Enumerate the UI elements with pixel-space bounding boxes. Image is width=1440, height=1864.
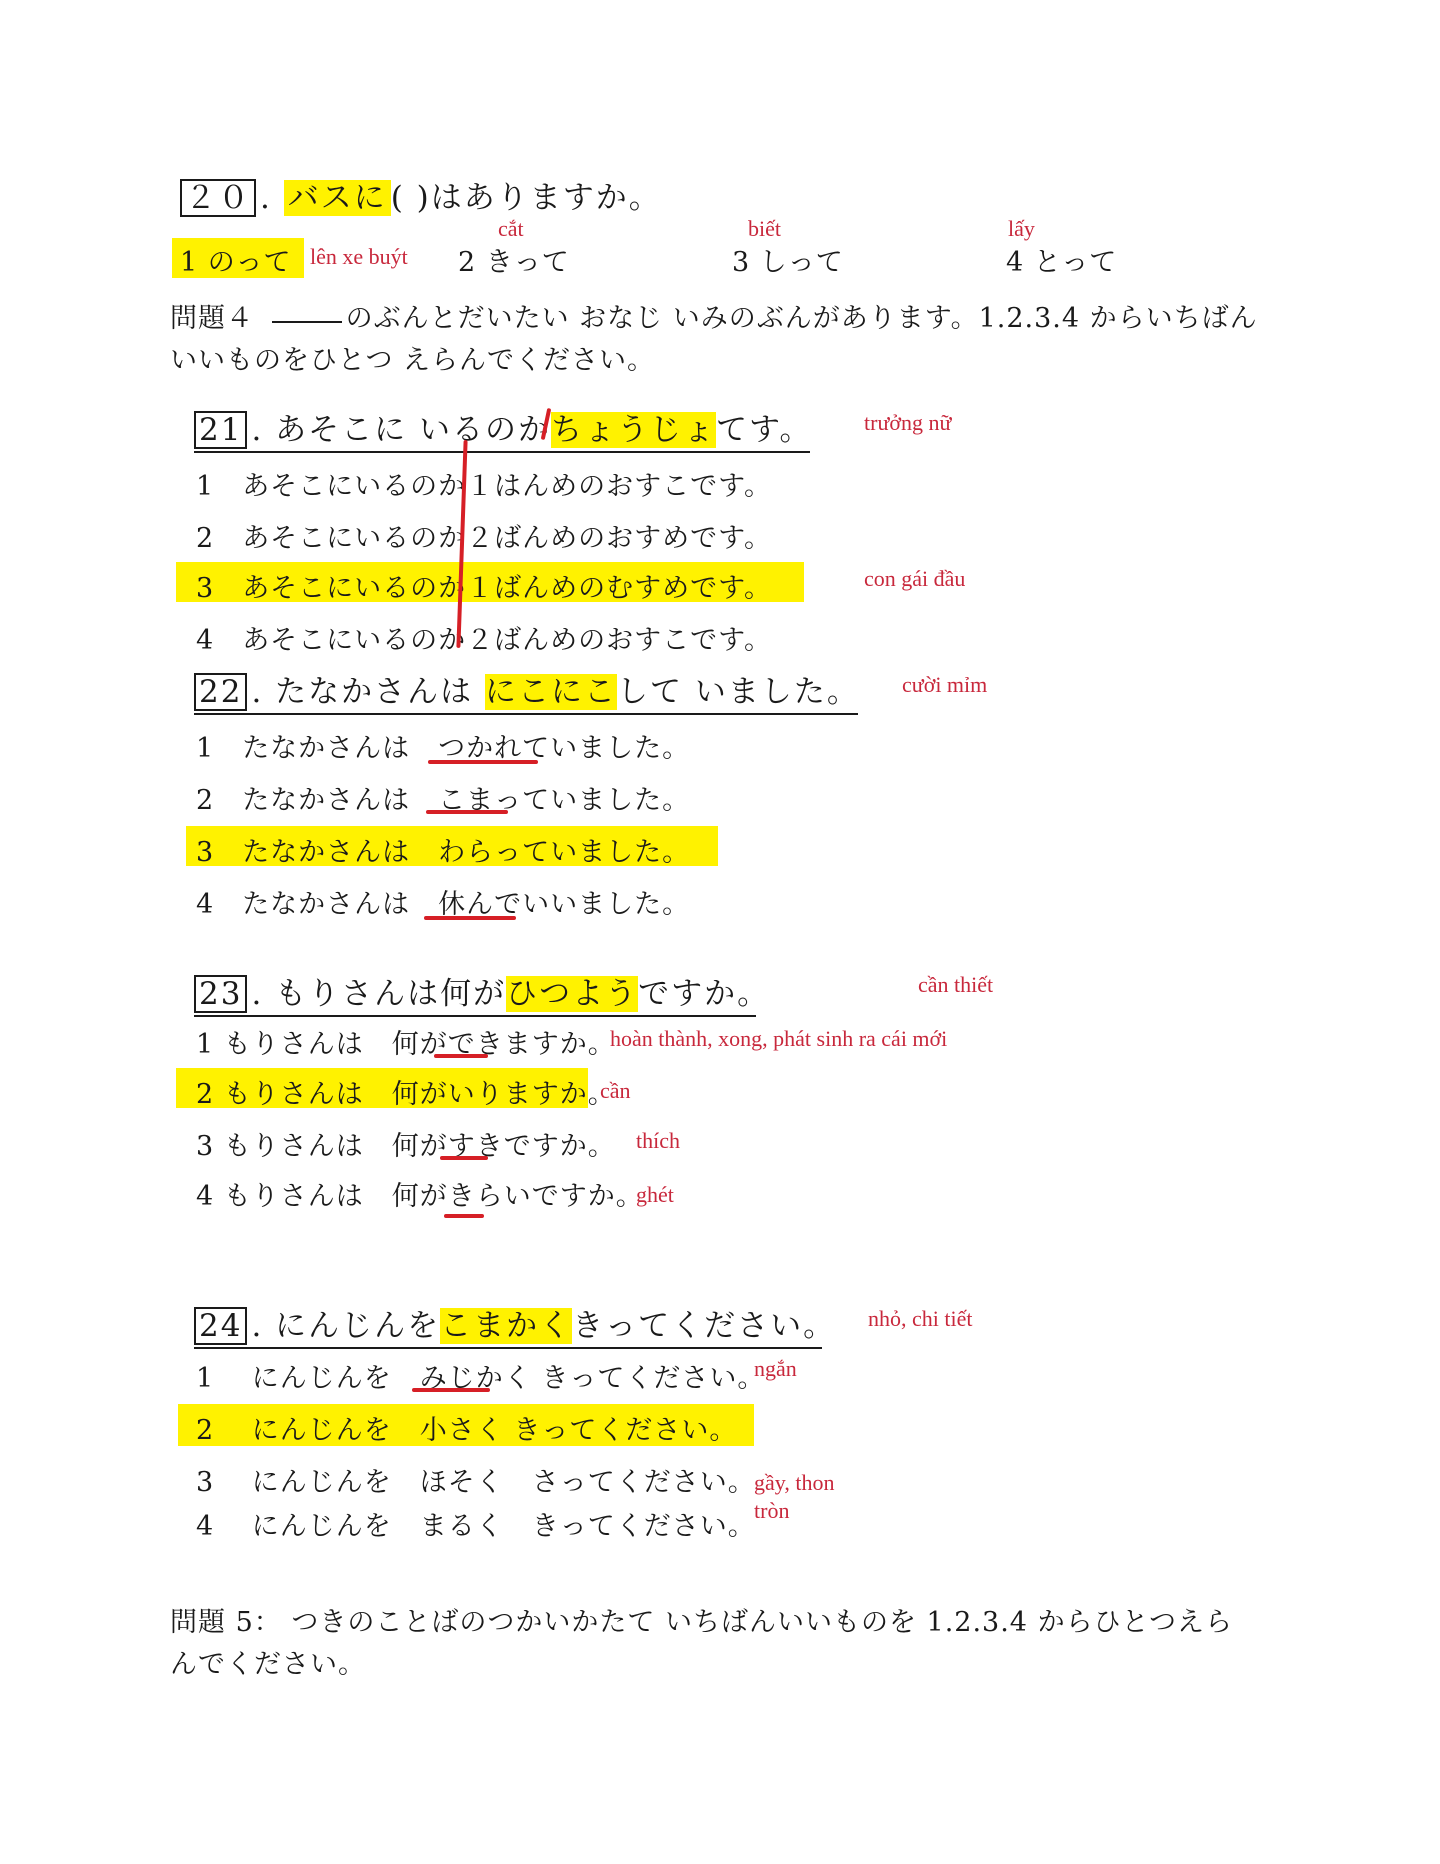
option-text: にんじんを みじかく きってください。 <box>252 1363 766 1394</box>
instruction-text: つきのことばのつかいかたて いちばんいいものを 1.2.3.4 からひとつえら <box>291 1607 1233 1638</box>
q23-option-3: 3 もりさんは 何がすきですか。 <box>196 1124 616 1163</box>
option-text: にんじんを ほそく さってください。 <box>252 1467 756 1498</box>
q23-option-1-note: hoàn thành, xong, phát sinh ra cái mới <box>610 1026 947 1052</box>
q20-option-4: 4 とって <box>1006 240 1117 279</box>
option-number: 3 <box>196 837 214 868</box>
option-number: 1 <box>196 471 214 502</box>
option-number: 4 <box>196 889 214 920</box>
q24-option-3: 3 にんじんを ほそく さってください。 <box>196 1460 756 1499</box>
option-number: 3 <box>196 573 214 604</box>
question-number-box: ２０ <box>180 179 256 217</box>
q24-note: nhỏ, chi tiết <box>868 1306 972 1332</box>
red-underline-mark <box>428 760 538 764</box>
q24-option-4: 4 にんじんを まるく きってください。 <box>196 1504 756 1543</box>
q24-option-1-note: ngắn <box>754 1356 797 1382</box>
highlighted-phrase: こまかく <box>440 1308 572 1344</box>
option-number: 3 <box>196 1131 214 1162</box>
option-number: 3 <box>196 1467 214 1498</box>
q24-option-2: 2 にんじんを 小さく きってください。 <box>196 1408 737 1447</box>
question-22-prompt: 22. たなかさんは にこにこして いました。 <box>194 666 858 715</box>
question-23-prompt: 23. もりさんは何がひつようですか。 <box>194 968 756 1017</box>
question-number-box: 21 <box>194 411 247 449</box>
instruction-text: のぶんとだいたい おなじ いみのぶんがあります。1.2.3.4 からいちばん <box>346 303 1258 334</box>
option-text: にんじんを 小さく きってください。 <box>252 1415 738 1446</box>
option-text: もりさんは 何がすきですか。 <box>224 1131 616 1162</box>
q20-option-3-note: biết <box>748 216 781 242</box>
q23-option-1: 1 もりさんは 何ができますか。 <box>196 1022 616 1061</box>
section-heading: 問題 5： <box>170 1607 282 1638</box>
question-number-box: 23 <box>194 975 247 1013</box>
section-heading: 問題４ <box>170 303 254 334</box>
option-text: あそこにいるのか１ばんめのむすめです。 <box>242 573 772 604</box>
q23-option-3-note: thích <box>636 1128 680 1154</box>
q21-option-4: 4 あそこにいるのか２ばんめのおすこです。 <box>196 618 772 657</box>
prompt-text: にんじんを <box>275 1308 440 1344</box>
option-text: あそこにいるのか１はんめのおすこです。 <box>242 471 772 502</box>
option-text: たなかさんは わらっていました。 <box>242 837 690 868</box>
option-number: 2 <box>196 523 214 554</box>
option-number: 4 <box>196 1181 214 1212</box>
red-underline-mark <box>444 1214 484 1218</box>
mondai-5-instruction-line-2: んでください。 <box>170 1642 366 1681</box>
red-underline-mark <box>426 810 508 814</box>
mondai-4-instruction-line-2: いいものをひとつ えらんでください。 <box>170 338 655 377</box>
prompt-text: あそこに いるのか <box>275 412 551 448</box>
q24-option-3-note: gầy, thon <box>754 1470 834 1496</box>
prompt-text-end: して いました。 <box>617 674 860 710</box>
q22-note: cười mỉm <box>902 672 987 698</box>
blank-underline <box>272 321 342 323</box>
option-number: 1 <box>196 1363 214 1394</box>
option-number: 2 <box>196 1079 214 1110</box>
highlighted-phrase: ちょうじょ <box>551 412 716 448</box>
highlighted-phrase: バスに <box>284 180 391 216</box>
red-underline-mark <box>424 916 516 920</box>
q21-option-3: 3 あそこにいるのか１ばんめのむすめです。 <box>196 566 772 605</box>
option-number: 4 <box>196 1511 214 1542</box>
q20-option-3: 3 しって <box>732 240 844 279</box>
option-number: 1 <box>196 1029 214 1060</box>
red-underline-mark <box>440 1156 488 1160</box>
q22-option-3: 3 たなかさんは わらっていました。 <box>196 830 690 869</box>
mondai-4-instruction-line-1: 問題４ のぶんとだいたい おなじ いみのぶんがあります。1.2.3.4 からいち… <box>170 296 1258 335</box>
question-number-box: 22 <box>194 673 247 711</box>
option-text: にんじんを まるく きってください。 <box>252 1511 756 1542</box>
highlighted-phrase: にこにこ <box>485 674 617 710</box>
prompt-text-end: ですか。 <box>638 976 770 1012</box>
option-number: 1 <box>196 733 214 764</box>
option-number: 2 <box>196 785 214 816</box>
option-text: もりさんは 何がきらいですか。 <box>224 1181 644 1212</box>
question-20-prompt: ２０. バスに( )はありますか。 <box>180 172 662 217</box>
option-text: もりさんは 何ができますか。 <box>224 1029 616 1060</box>
q20-option-4-note: lấy <box>1008 216 1035 242</box>
q23-option-2-note: cần <box>600 1078 631 1104</box>
q23-option-2: 2 もりさんは 何がいりますか。 <box>196 1072 616 1111</box>
prompt-text: もりさんは何が <box>275 976 506 1012</box>
q20-option-2: 2 きって <box>458 240 570 279</box>
q23-option-4-note: ghét <box>636 1182 674 1208</box>
q20-option-2-note: cắt <box>498 216 524 242</box>
prompt-text: ( )はありますか。 <box>391 180 662 216</box>
question-number-box: 24 <box>194 1307 247 1345</box>
q20-option-1: 1 のって <box>180 240 292 279</box>
q20-option-1-note: lên xe buýt <box>310 244 408 270</box>
q21-option-1: 1 あそこにいるのか１はんめのおすこです。 <box>196 464 772 503</box>
option-text: あそこにいるのか２ばんめのおすこです。 <box>242 625 772 656</box>
prompt-text-end: きってください。 <box>572 1308 836 1344</box>
q21-option-2: 2 あそこにいるのか２ばんめのおすめです。 <box>196 516 772 555</box>
highlighted-phrase: ひつよう <box>506 976 638 1012</box>
prompt-text: たなかさんは <box>275 674 485 710</box>
option-text: あそこにいるのか２ばんめのおすめです。 <box>242 523 772 554</box>
red-underline-mark <box>412 1388 490 1392</box>
q23-note: cần thiết <box>918 972 993 998</box>
question-21-prompt: 21. あそこに いるのかちょうじょてす。 <box>194 404 810 453</box>
q21-note: trưởng nữ <box>864 410 951 436</box>
q23-option-4: 4 もりさんは 何がきらいですか。 <box>196 1174 644 1213</box>
option-number: 2 <box>196 1415 214 1446</box>
red-underline-mark <box>434 1054 488 1058</box>
q21-option-3-note: con gái đầu <box>864 566 965 592</box>
q24-option-4-note: tròn <box>754 1498 789 1524</box>
question-24-prompt: 24. にんじんをこまかくきってください。 <box>194 1300 822 1349</box>
prompt-text-end: てす。 <box>716 412 813 448</box>
option-number: 4 <box>196 625 214 656</box>
option-text: もりさんは 何がいりますか。 <box>224 1079 616 1110</box>
mondai-5-instruction-line-1: 問題 5： つきのことばのつかいかたて いちばんいいものを 1.2.3.4 から… <box>170 1600 1233 1639</box>
